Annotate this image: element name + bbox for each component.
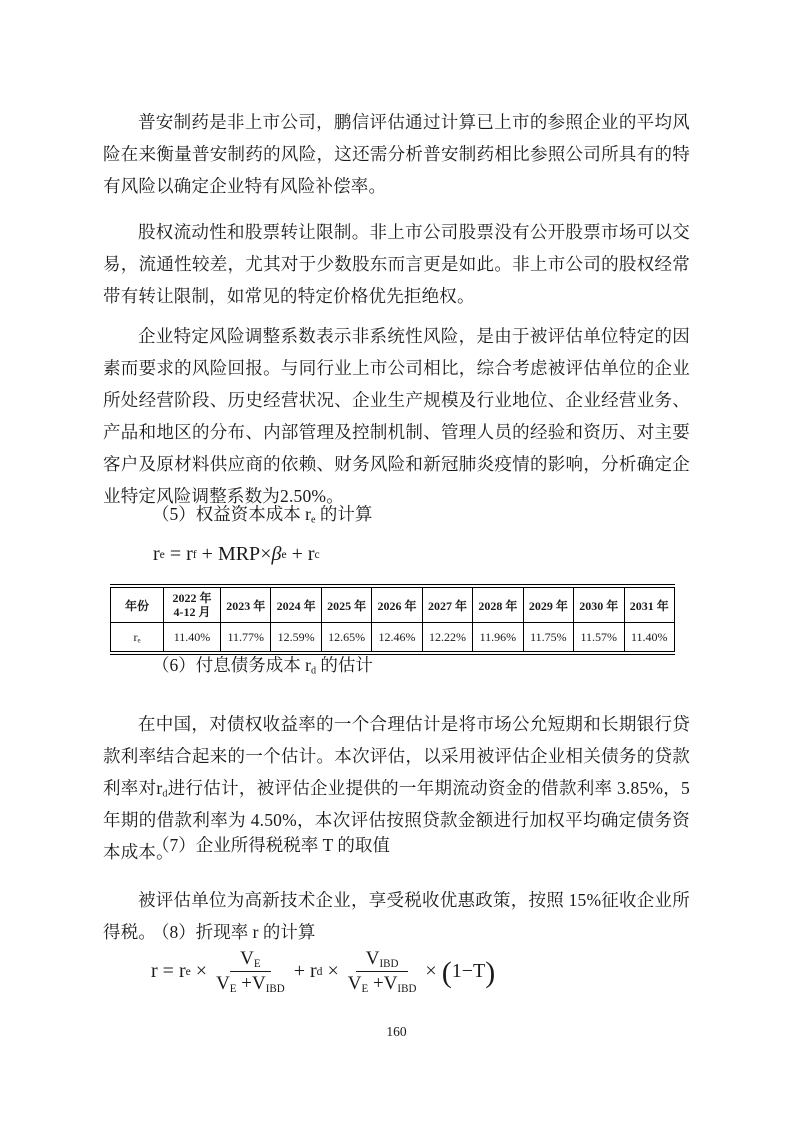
formula-cost-of-equity: re = rf + MRP × βe + rc: [153, 543, 320, 566]
vibd-symbol: V: [366, 948, 380, 969]
heading-5-text-post: 的计算: [315, 504, 372, 524]
table-header-2031: 2031 年: [624, 586, 675, 623]
heading-5-text-pre: （5）权益资本成本: [152, 504, 305, 524]
formula-discount-rate-wacc: r = re × VE VE +VIBD + rd × VIBD VE +VIB…: [151, 948, 495, 995]
table-header-2027: 2027 年: [422, 586, 472, 623]
ve-symbol-sub: E: [254, 958, 261, 970]
formula-r-rd: r: [310, 960, 317, 983]
table-cell: 11.77%: [221, 623, 271, 654]
table-header-year: 年份: [111, 586, 164, 623]
times-sign: ×: [196, 960, 207, 983]
table-row-re: re 11.40% 11.77% 12.59% 12.65% 12.46% 12…: [111, 623, 675, 654]
table-cell: 12.22%: [422, 623, 472, 654]
table-header-2026: 2026 年: [372, 586, 422, 623]
times-sign: ×: [425, 960, 436, 983]
vibd-symbol-sub: IBD: [397, 983, 416, 995]
formula-re-rf: r: [186, 543, 193, 566]
ve-symbol-sub: E: [230, 983, 237, 995]
equals-sign: =: [170, 543, 181, 566]
heading-6-text-pre: （6）付息债务成本: [152, 655, 305, 675]
table-header-2022-line1: 2022 年: [165, 591, 219, 605]
formula-re-mrp: MRP: [218, 543, 260, 566]
paragraph-liquidity-restriction: 股权流动性和股票转让限制。非上市公司股票没有公开股票市场可以交易，流通性较差，尤…: [103, 216, 690, 312]
plus-sign: +: [373, 973, 384, 994]
table-cell: 12.46%: [372, 623, 422, 654]
table-cell: 11.40%: [164, 623, 221, 654]
table-header-2028: 2028 年: [473, 586, 523, 623]
formula-r-lhs: r: [151, 960, 158, 983]
fraction-denominator: VE +VIBD: [216, 972, 285, 995]
table-header-2023: 2023 年: [221, 586, 271, 623]
ve-symbol: V: [216, 973, 230, 994]
fraction-numerator: VE: [230, 948, 270, 972]
table-cell: 12.59%: [271, 623, 321, 654]
one-minus-t: 1−T: [452, 960, 486, 983]
ve-symbol: V: [240, 948, 254, 969]
formula-re-lhs: r: [153, 543, 160, 566]
table-cell: 11.57%: [574, 623, 624, 654]
table-cell: 11.96%: [473, 623, 523, 654]
plus-sign: +: [202, 543, 213, 566]
table-row-label-sub: e: [137, 636, 140, 644]
table-header-2022: 2022 年 4-12 月: [164, 586, 221, 623]
fraction-debt-weight: VIBD VE +VIBD: [348, 948, 417, 995]
fraction-numerator: VIBD: [356, 948, 409, 972]
heading-7-income-tax: （7）企业所得税税率 T 的取值: [152, 833, 390, 857]
vibd-symbol: V: [252, 973, 266, 994]
page-number: 160: [0, 1024, 793, 1040]
heading-5-equity-cost: （5）权益资本成本 re 的计算: [152, 502, 372, 526]
formula-r-re: r: [179, 960, 186, 983]
table-header-2025: 2025 年: [321, 586, 371, 623]
paragraph-specific-risk-adjustment: 企业特定风险调整系数表示非系统性风险，是由于被评估单位特定的因素而要求的风险回报…: [103, 320, 690, 512]
table-cell: 11.40%: [624, 623, 675, 654]
equity-cost-rate-table: 年份 2022 年 4-12 月 2023 年 2024 年 2025 年 20…: [110, 584, 675, 655]
heading-6-text-post: 的估计: [316, 655, 373, 675]
plus-sign: +: [241, 973, 252, 994]
plus-sign: +: [292, 543, 303, 566]
times-sign: ×: [260, 543, 271, 566]
table-row-label: re: [111, 623, 164, 654]
ve-symbol-sub: E: [361, 983, 368, 995]
vibd-symbol: V: [384, 973, 398, 994]
vibd-symbol-sub: IBD: [379, 958, 398, 970]
table-header-2029: 2029 年: [523, 586, 573, 623]
ve-symbol: V: [348, 973, 362, 994]
fraction-denominator: VE +VIBD: [348, 972, 417, 995]
equals-sign: =: [163, 960, 174, 983]
formula-re-rc: r: [308, 543, 315, 566]
vibd-symbol-sub: IBD: [266, 983, 285, 995]
times-sign: ×: [327, 960, 338, 983]
paragraph-specific-risk-intro: 普安制药是非上市公司，鹏信评估通过计算已上市的参照企业的平均风险在来衡量普安制药…: [103, 106, 690, 202]
table-cell: 12.65%: [321, 623, 371, 654]
table-cell: 11.75%: [523, 623, 573, 654]
fraction-equity-weight: VE VE +VIBD: [216, 948, 285, 995]
plus-sign: +: [294, 960, 305, 983]
table-header-2024: 2024 年: [271, 586, 321, 623]
beta-symbol: β: [271, 543, 281, 566]
heading-6-debt-cost: （6）付息债务成本 rd 的估计: [152, 653, 373, 677]
heading-8-discount-rate: （8）折现率 r 的计算: [152, 920, 315, 944]
table-header-row: 年份 2022 年 4-12 月 2023 年 2024 年 2025 年 20…: [111, 586, 675, 623]
document-page: 普安制药是非上市公司，鹏信评估通过计算已上市的参照企业的平均风险在来衡量普安制药…: [0, 0, 793, 1122]
table-header-2030: 2030 年: [574, 586, 624, 623]
table-header-2022-line2: 4-12 月: [165, 605, 219, 619]
